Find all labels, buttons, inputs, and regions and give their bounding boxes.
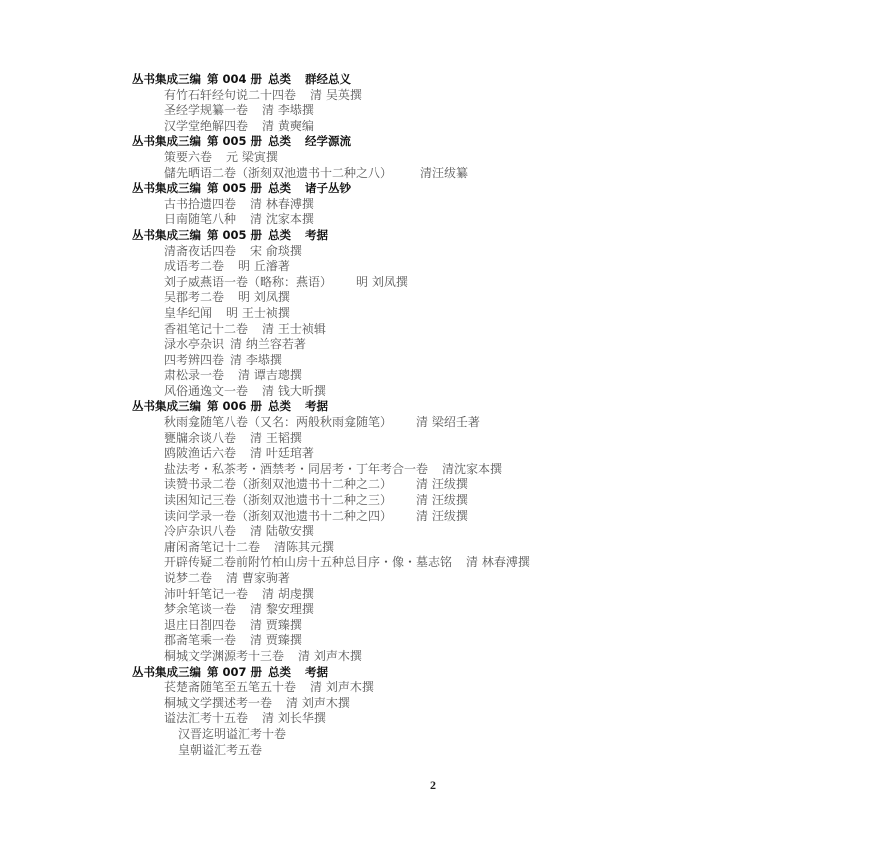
series-name: 丛书集成三编: [132, 399, 201, 413]
subcategory: 考据: [305, 228, 328, 242]
book-title: 风俗通逸文一卷: [164, 384, 248, 398]
series-name: 丛书集成三编: [132, 665, 201, 679]
category: 总类: [268, 181, 291, 195]
book-author: 清陈其元撰: [274, 540, 334, 554]
book-title: 吴郡考二卷: [164, 290, 224, 304]
book-author: 清 黎安理撰: [250, 602, 314, 616]
book-author: 清 曹家驹著: [226, 571, 290, 585]
book-title: 苌楚斋随笔至五笔五十卷: [164, 680, 296, 694]
book-author: 明 丘濬著: [238, 259, 290, 273]
book-title: 谥法汇考十五卷: [164, 711, 248, 725]
list-item: 谥法汇考十五卷清 刘长华撰: [132, 711, 752, 727]
sub-list-item: 皇朝谥汇考五卷: [132, 743, 752, 759]
list-item: 日南随笔八种清 沈家本撰: [132, 212, 752, 228]
volume-number: 第 005 册: [207, 228, 262, 242]
list-item: 渌水亭杂识清 纳兰容若著: [132, 337, 752, 353]
list-item: 成语考二卷明 丘濬著: [132, 259, 752, 275]
book-title: 庸闲斋笔记十二卷: [164, 540, 260, 554]
book-title: 梦余笔谈一卷: [164, 602, 236, 616]
series-name: 丛书集成三编: [132, 72, 201, 86]
book-title: 郡斋笔乘一卷: [164, 633, 236, 647]
subcategory: 诸子丛钞: [305, 181, 351, 195]
book-author: 清 梁绍壬著: [416, 415, 480, 429]
list-item: 桐城文学渊源考十三卷清 刘声木撰: [132, 649, 752, 665]
book-title: 有竹石轩经句说二十四卷: [164, 88, 296, 102]
list-item: 儲先晒语二卷（浙刻双池遗书十二种之八）清汪绂纂: [132, 166, 752, 182]
book-author: 清 刘声木撰: [298, 649, 362, 663]
book-author: 清 黄奭编: [262, 119, 314, 133]
list-item: 开辟传疑二卷前附竹柏山房十五种总目序・像・墓志铭清 林春溥撰: [132, 555, 752, 571]
section-header: 丛书集成三编第 005 册总类经学源流: [132, 134, 752, 150]
book-author: 清 王士祯辑: [262, 322, 326, 336]
volume-number: 第 007 册: [207, 665, 262, 679]
book-title: 策要六卷: [164, 150, 212, 164]
book-title: 沛叶轩笔记一卷: [164, 587, 248, 601]
volume-number: 第 005 册: [207, 181, 262, 195]
book-title: 圣经学规纂一卷: [164, 103, 248, 117]
list-item: 香祖笔记十二卷清 王士祯辑: [132, 322, 752, 338]
list-item: 有竹石轩经句说二十四卷清 吴英撰: [132, 88, 752, 104]
book-title: 秋雨龛随笔八卷（又名：两般秋雨龛随笔）: [164, 415, 392, 429]
book-title: 桐城文学撰述考一卷: [164, 696, 272, 710]
book-author: 明 王士祯撰: [226, 306, 290, 320]
page-number: 2: [430, 778, 436, 793]
list-item: 读困知记三卷（浙刻双池遗书十二种之三）清 汪绂撰: [132, 493, 752, 509]
list-item: 鸥陂渔话六卷清 叶廷琯著: [132, 446, 752, 462]
book-author: 清 王韬撰: [250, 431, 302, 445]
list-item: 策要六卷元 梁寅撰: [132, 150, 752, 166]
book-title: 皇华纪闻: [164, 306, 212, 320]
book-title: 读赞书录二卷（浙刻双池遗书十二种之二）: [164, 477, 392, 491]
book-author: 清 钱大昕撰: [262, 384, 326, 398]
book-author: 清 纳兰容若著: [230, 337, 306, 351]
book-title: 汉学堂绝解四卷: [164, 119, 248, 133]
book-title: 古书拾遗四卷: [164, 197, 236, 211]
list-item: 圣经学规纂一卷清 李塨撰: [132, 103, 752, 119]
series-name: 丛书集成三编: [132, 181, 201, 195]
book-title: 桐城文学渊源考十三卷: [164, 649, 284, 663]
category: 总类: [268, 72, 291, 86]
book-author: 清 刘声木撰: [286, 696, 350, 710]
section-header: 丛书集成三编第 005 册总类诸子丛钞: [132, 181, 752, 197]
list-item: 桐城文学撰述考一卷清 刘声木撰: [132, 696, 752, 712]
book-title: 盐法考・私茶考・酒禁考・同居考・丁年考合一卷: [164, 462, 428, 476]
volume-number: 第 006 册: [207, 399, 262, 413]
book-author: 清 贾臻撰: [250, 618, 302, 632]
book-author: 清汪绂纂: [420, 166, 468, 180]
list-item: 盐法考・私茶考・酒禁考・同居考・丁年考合一卷清沈家本撰: [132, 462, 752, 478]
list-item: 冷庐杂识八卷清 陆敬安撰: [132, 524, 752, 540]
list-item: 汉学堂绝解四卷清 黄奭编: [132, 119, 752, 135]
book-title: 开辟传疑二卷前附竹柏山房十五种总目序・像・墓志铭: [164, 555, 452, 569]
list-item: 清斋夜话四卷宋 俞琰撰: [132, 244, 752, 260]
section-header: 丛书集成三编第 005 册总类考据: [132, 228, 752, 244]
section-header: 丛书集成三编第 004 册总类群经总义: [132, 72, 752, 88]
book-title: 四考辨四卷: [164, 353, 224, 367]
list-item: 说梦二卷清 曹家驹著: [132, 571, 752, 587]
book-author: 清 贾臻撰: [250, 633, 302, 647]
list-item: 庸闲斋笔记十二卷清陈其元撰: [132, 540, 752, 556]
subcategory: 群经总义: [305, 72, 351, 86]
list-item: 四考辨四卷清 李塨撰: [132, 353, 752, 369]
series-name: 丛书集成三编: [132, 228, 201, 242]
book-title: 刘子威燕语一卷（略称：燕语）: [164, 275, 332, 289]
book-title: 儲先晒语二卷（浙刻双池遗书十二种之八）: [164, 166, 392, 180]
book-title: 汉晋迄明谥汇考十卷: [178, 727, 286, 741]
book-title: 皇朝谥汇考五卷: [178, 743, 262, 757]
book-author: 清沈家本撰: [442, 462, 502, 476]
document-page: 丛书集成三编第 004 册总类群经总义 有竹石轩经句说二十四卷清 吴英撰 圣经学…: [132, 72, 752, 758]
category: 总类: [268, 665, 291, 679]
book-title: 退庄日剳四卷: [164, 618, 236, 632]
list-item: 退庄日剳四卷清 贾臻撰: [132, 618, 752, 634]
book-title: 说梦二卷: [164, 571, 212, 585]
volume-number: 第 005 册: [207, 134, 262, 148]
book-author: 清 汪绂撰: [416, 509, 468, 523]
section-header: 丛书集成三编第 007 册总类考据: [132, 665, 752, 681]
book-author: 清 汪绂撰: [416, 493, 468, 507]
book-title: 肃松录一卷: [164, 368, 224, 382]
list-item: 郡斋笔乘一卷清 贾臻撰: [132, 633, 752, 649]
book-author: 清 刘长华撰: [262, 711, 326, 725]
book-title: 渌水亭杂识: [164, 337, 224, 351]
sub-list-item: 汉晋迄明谥汇考十卷: [132, 727, 752, 743]
book-title: 成语考二卷: [164, 259, 224, 273]
book-author: 清 吴英撰: [310, 88, 362, 102]
list-item: 梦余笔谈一卷清 黎安理撰: [132, 602, 752, 618]
section-header: 丛书集成三编第 006 册总类考据: [132, 399, 752, 415]
book-author: 清 陆敬安撰: [250, 524, 314, 538]
book-title: 香祖笔记十二卷: [164, 322, 248, 336]
book-author: 元 梁寅撰: [226, 150, 278, 164]
book-title: 读问学录一卷（浙刻双池遗书十二种之四）: [164, 509, 392, 523]
category: 总类: [268, 399, 291, 413]
list-item: 苌楚斋随笔至五笔五十卷清 刘声木撰: [132, 680, 752, 696]
list-item: 吴郡考二卷明 刘凤撰: [132, 290, 752, 306]
book-author: 明 刘凤撰: [356, 275, 408, 289]
book-author: 宋 俞琰撰: [250, 244, 302, 258]
list-item: 古书拾遗四卷清 林春溥撰: [132, 197, 752, 213]
book-title: 清斋夜话四卷: [164, 244, 236, 258]
book-author: 清 刘声木撰: [310, 680, 374, 694]
list-item: 甕牖余谈八卷清 王韬撰: [132, 431, 752, 447]
book-author: 清 汪绂撰: [416, 477, 468, 491]
book-author: 明 刘凤撰: [238, 290, 290, 304]
list-item: 皇华纪闻明 王士祯撰: [132, 306, 752, 322]
book-author: 清 沈家本撰: [250, 212, 314, 226]
book-title: 日南随笔八种: [164, 212, 236, 226]
subcategory: 经学源流: [305, 134, 351, 148]
list-item: 读问学录一卷（浙刻双池遗书十二种之四）清 汪绂撰: [132, 509, 752, 525]
subcategory: 考据: [305, 399, 328, 413]
list-item: 肃松录一卷清 谭吉璁撰: [132, 368, 752, 384]
book-title: 鸥陂渔话六卷: [164, 446, 236, 460]
book-author: 清 李塨撰: [230, 353, 282, 367]
category: 总类: [268, 228, 291, 242]
list-item: 刘子威燕语一卷（略称：燕语）明 刘凤撰: [132, 275, 752, 291]
series-name: 丛书集成三编: [132, 134, 201, 148]
book-title: 冷庐杂识八卷: [164, 524, 236, 538]
subcategory: 考据: [305, 665, 328, 679]
book-author: 清 林春溥撰: [466, 555, 530, 569]
book-title: 甕牖余谈八卷: [164, 431, 236, 445]
list-item: 读赞书录二卷（浙刻双池遗书十二种之二）清 汪绂撰: [132, 477, 752, 493]
book-author: 清 胡虔撰: [262, 587, 314, 601]
book-author: 清 李塨撰: [262, 103, 314, 117]
book-author: 清 谭吉璁撰: [238, 368, 302, 382]
volume-number: 第 004 册: [207, 72, 262, 86]
category: 总类: [268, 134, 291, 148]
list-item: 风俗通逸文一卷清 钱大昕撰: [132, 384, 752, 400]
list-item: 秋雨龛随笔八卷（又名：两般秋雨龛随笔）清 梁绍壬著: [132, 415, 752, 431]
book-author: 清 叶廷琯著: [250, 446, 314, 460]
book-author: 清 林春溥撰: [250, 197, 314, 211]
list-item: 沛叶轩笔记一卷清 胡虔撰: [132, 587, 752, 603]
book-title: 读困知记三卷（浙刻双池遗书十二种之三）: [164, 493, 392, 507]
